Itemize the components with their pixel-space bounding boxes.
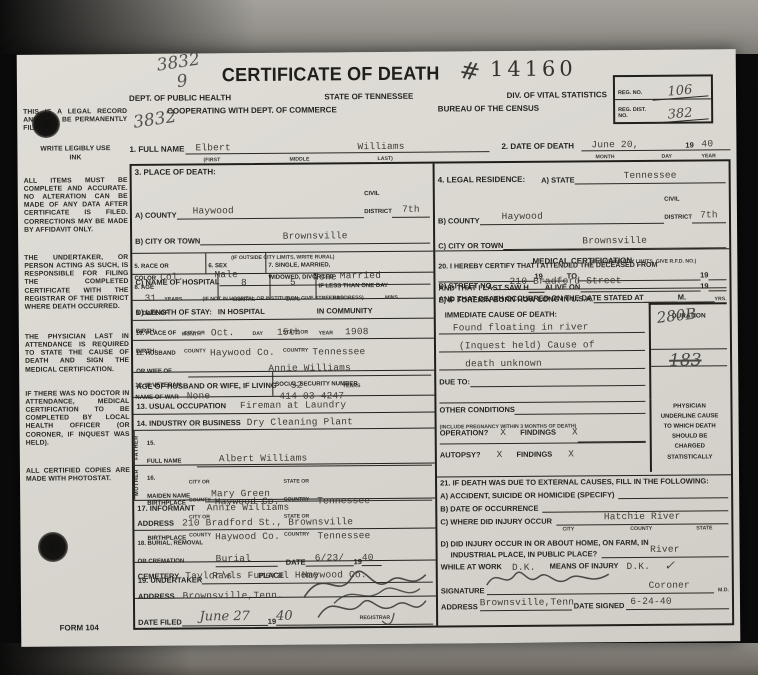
residence-state-value: Tennessee xyxy=(575,170,726,181)
signature-label: SIGNATURE xyxy=(441,587,485,596)
photo-background-top xyxy=(0,0,758,54)
registrar-label: REGISTRAR xyxy=(360,615,391,621)
age-days-value: 5 xyxy=(272,278,313,288)
father-number: 15. xyxy=(147,441,155,447)
residence-city-label: C) CITY OR TOWN xyxy=(438,242,503,251)
ssn-cell: SOCIAL SECURITY NUMBER 414-03-4247 xyxy=(273,371,434,396)
reg-no-row: REG. NO. 106 xyxy=(615,76,711,100)
autopsy-label: AUTOPSY? xyxy=(440,451,481,460)
place-of-birth-row: 10. PLACE OFBIRTH: CITY ORCOUNTY Haywood… xyxy=(133,319,434,341)
certificate-number: # 14160 xyxy=(460,58,577,83)
coroner-address-value: Brownsville,Tenn. xyxy=(480,597,580,609)
last-name-value: Williams xyxy=(357,141,404,151)
full-name-label: 1. FULL NAME xyxy=(129,146,184,155)
city-or-town-label: B) CITY OR TOWN xyxy=(135,237,200,246)
undertaker-section: 19. UNDERTAKER Rawls Funeral Home ADDRES… xyxy=(135,561,436,599)
sidebar-paragraph: ALL CERTIFIED COPIES ARE MADE WITH PHOTO… xyxy=(26,467,130,484)
civil-district-value: 7th xyxy=(402,203,420,214)
handwritten-number: 9 xyxy=(176,73,189,91)
mother-number: 16. xyxy=(147,476,155,482)
coroner-address-label: ADDRESS xyxy=(441,603,478,612)
operation-label: OPERATION? xyxy=(440,429,489,438)
date-signed-value: 6-24-40 xyxy=(630,596,671,607)
date-of-occurrence-label: B) DATE OF OCCURRENCE xyxy=(440,505,538,514)
pob-label: 10. PLACE OF xyxy=(136,331,176,337)
death-year-value: 40 xyxy=(701,139,713,149)
veteran-ssn-row: 12. IF VETERAN NAME OF WAR None SOCIAL S… xyxy=(133,371,434,398)
dept-label: DEPT. OF PUBLIC HEALTH xyxy=(129,94,231,103)
sidebar-paragraph: IF THERE WAS NO DOCTOR IN ATTENDANCE, ME… xyxy=(25,390,129,448)
sex-cell: 6. SEX Male xyxy=(206,253,266,273)
header-line-1: DEPT. OF PUBLIC HEALTH STATE OF TENNESSE… xyxy=(129,91,607,103)
less-than-day-label: IF LESS THAN ONE DAY xyxy=(318,283,388,290)
date-filed-label: DATE FILED xyxy=(138,618,182,627)
where-injury-label: C) WHERE DID INJURY OCCUR xyxy=(440,518,552,527)
burial-label: 18. BURIAL, REMOVAL xyxy=(138,540,204,547)
civil-district-label2: DISTRICT xyxy=(364,209,392,215)
age-days-cell: 5 DAYS xyxy=(270,273,316,298)
physician-note: PHYSICIAN UNDERLINE CAUSE TO WHICH DEATH… xyxy=(649,399,728,472)
due-to-label: DUE TO: xyxy=(439,379,470,387)
section-medical-certification: 20. I HEREBY CERTIFY THAT I ATTENDED THE… xyxy=(435,260,731,477)
undertaker-label: 19. UNDERTAKER xyxy=(138,576,203,585)
form-number: FORM 104 xyxy=(27,624,131,633)
sidebar-paragraph: WRITE LEGIBLY USE INK xyxy=(39,146,112,163)
undertaker-value: Rawls Funeral Home xyxy=(212,569,318,581)
veteran-cell: 12. IF VETERAN NAME OF WAR None xyxy=(133,372,273,397)
while-at-work-label: WHILE AT WORK xyxy=(441,563,502,572)
where-injury-value: Hatchie River xyxy=(556,512,728,523)
dob-label: 9. DATE OF xyxy=(136,311,169,317)
marital-value: Married xyxy=(340,271,381,281)
certify-year1: 19 xyxy=(534,273,542,281)
death-certificate: THIS IS A LEGAL RECORD AND WILL BE PERMA… xyxy=(17,49,741,647)
m-label: M. xyxy=(678,294,686,302)
cause-line-3: death unknown xyxy=(465,359,542,369)
reg-no-value: 106 xyxy=(652,82,709,100)
cause-of-death-area: IMMEDIATE CAUSE OF DEATH: Found floating… xyxy=(439,302,728,401)
certify-to: TO xyxy=(567,273,577,281)
place-of-death-title: 3. PLACE OF DEATH: xyxy=(135,167,430,178)
while-at-work-value: D.K. xyxy=(512,562,536,572)
autopsy-findings-label: FINDINGS xyxy=(516,450,552,459)
coroner-title-value: Coroner xyxy=(649,580,690,591)
residence-city-value: Brownsville xyxy=(503,235,726,246)
age-months-cell: 8 MONTHS xyxy=(218,274,270,299)
father-name-label: FULL NAME xyxy=(147,459,182,465)
marital-label: 7. SINGLE, MARRIED, xyxy=(268,262,330,268)
legal-residence-title: 4. LEGAL RESIDENCE: xyxy=(438,176,525,185)
reg-no-label: REG. NO. xyxy=(618,91,652,99)
sidebar-paragraph: THE PHYSICIAN LAST IN ATTENDANCE IS REQU… xyxy=(25,333,129,375)
certificate-title: CERTIFICATE OF DEATH xyxy=(222,65,440,86)
burial-section: 18. BURIAL, REMOVALOR CREMATION Burial D… xyxy=(134,529,435,563)
father-side-label: FATHER xyxy=(134,431,144,465)
residence-county-label: B) COUNTY xyxy=(438,217,480,226)
reg-dist-value: 382 xyxy=(652,105,709,123)
mother-name-value: Mary Green xyxy=(211,488,270,499)
hole-punch xyxy=(38,532,68,562)
findings-label: FINDINGS xyxy=(520,428,556,437)
photostat-scan: { "stamps": { "n1": "3832", "n2": "9", "… xyxy=(0,0,758,675)
header-line-2: COOPERATING WITH DEPT. OF COMMERCE BUREA… xyxy=(167,105,539,116)
injury-location-value: River xyxy=(650,544,680,555)
alive-on-label: ALIVE ON xyxy=(545,284,580,293)
age-row: 8. AGE 31 YEARS 8 MONTHS 5 DAYS IF LESS … xyxy=(132,273,433,301)
informant-value: Annie Williams xyxy=(207,503,290,513)
hole-punch xyxy=(32,110,60,138)
reg-dist-label: REG. DIST. NO. xyxy=(618,108,652,122)
registration-box: REG. NO. 106 REG. DIST. NO. 382 xyxy=(613,74,713,124)
city-or-town-value: Brownsville xyxy=(200,230,430,241)
cause-line-2: (Inquest held) Cause of xyxy=(459,340,595,351)
date-of-death-value: June 20, xyxy=(591,139,638,149)
reg-dist-row: REG. DIST. NO. 382 xyxy=(615,99,711,122)
residence-civil-value: 7th xyxy=(700,209,718,220)
county-label: A) COUNTY xyxy=(135,211,177,220)
injury-location-label-2: INDUSTRIAL PLACE, IN PUBLIC PLACE? xyxy=(451,550,598,559)
informant-address-label: ADDRESS xyxy=(137,519,174,528)
father-section: FATHER 15.FULL NAME Albert Williams BIRT… xyxy=(134,429,435,466)
form-right-column: 4. LEGAL RESIDENCE: A) STATE Tennessee B… xyxy=(435,161,733,625)
mother-section: MOTHER 16.MAIDEN NAME Mary Green BIRTHPL… xyxy=(134,464,435,501)
race-sex-marital-row: 5. RACE OR COLOR Col. 6. SEX Male 7. SIN… xyxy=(132,252,433,275)
father-name-value: Albert Williams xyxy=(219,453,308,465)
sidebar-paragraph: ALL ITEMS MUST BE COMPLETE AND ACCURATE.… xyxy=(24,177,128,235)
full-name-line xyxy=(185,150,489,154)
date-filed-value: June 27 xyxy=(199,609,249,624)
photo-background-bottom xyxy=(0,643,758,675)
last-saw-label: AND THAT I LAST SAW H xyxy=(439,284,529,293)
duration-crossed-number: 183 xyxy=(669,352,702,369)
findings-x: X xyxy=(572,427,578,437)
duration-handwritten-code: 280B xyxy=(656,306,697,325)
spouse-label: 11. HUSBAND xyxy=(136,351,176,357)
mother-name-label: MAIDEN NAME xyxy=(147,493,190,499)
cooperating-label: COOPERATING WITH DEPT. OF COMMERCE xyxy=(167,106,337,115)
year-printed: 19 xyxy=(685,141,693,149)
handwritten-checkmark: ✓ xyxy=(664,560,675,573)
occupation-value: Fireman at Laundry xyxy=(240,400,346,410)
industry-value: Dry Cleaning Plant xyxy=(247,417,353,427)
other-conditions-label: OTHER CONDITIONS xyxy=(439,406,514,415)
informant-address-value: 210 Bradford St., Brownsville xyxy=(182,517,353,528)
county-value: Haywood xyxy=(193,205,234,216)
age-years-cell: 8. AGE 31 YEARS xyxy=(132,274,218,300)
date-signed-label: DATE SIGNED xyxy=(574,602,625,611)
veteran-label: 12. IF VETERAN xyxy=(135,383,181,389)
residence-civil-label: CIVIL xyxy=(664,197,679,203)
autopsy-findings-x: X xyxy=(568,449,574,459)
certify-year2: 19 xyxy=(700,272,708,280)
ssn-label: SOCIAL SECURITY NUMBER xyxy=(275,381,357,388)
residence-state-label: A) STATE xyxy=(541,176,575,185)
means-of-injury-value: D.K. xyxy=(626,561,650,571)
section-legal-residence: 4. LEGAL RESIDENCE: A) STATE Tennessee B… xyxy=(435,161,730,251)
accident-suicide-label: A) ACCIDENT, SUICIDE OR HOMICIDE (SPECIF… xyxy=(440,491,614,501)
age-label: 8. AGE xyxy=(134,285,153,291)
informant-section: 17. INFORMANT Annie Williams ADDRESS 210… xyxy=(134,499,435,531)
section-external-causes: 21. IF DEATH WAS DUE TO EXTERNAL CAUSES,… xyxy=(437,475,732,625)
sidebar-paragraph: THE UNDERTAKER, OR PERSON ACTING AS SUCH… xyxy=(24,254,128,312)
certificate-number-value: 14160 xyxy=(490,58,577,80)
duration-box: DURATION 280B 183 xyxy=(649,302,728,400)
immediate-cause-label: IMMEDIATE CAUSE OF DEATH: xyxy=(445,309,557,319)
industry-label: 14. INDUSTRY OR BUSINESS xyxy=(137,419,241,428)
spouse-row: 11. HUSBANDOR WIFE OF Annie Williams AGE… xyxy=(133,339,434,373)
first-name-value: Elbert xyxy=(195,143,230,153)
other-conditions-area: OTHER CONDITIONS (INCLUDE PREGNANCY WITH… xyxy=(439,399,728,473)
residence-civil-label2: DISTRICT xyxy=(664,215,692,221)
date-filed-row: DATE FILED June 27 19 40 REGISTRAR xyxy=(135,597,436,628)
form-left-column: 3. PLACE OF DEATH: A) COUNTY Haywood CIV… xyxy=(132,164,439,628)
pob-city-label: CITY OR xyxy=(184,330,205,336)
bureau-label: BUREAU OF THE CENSUS xyxy=(438,105,539,114)
date-of-death-label: 2. DATE OF DEATH xyxy=(501,143,574,152)
date-filed-year-printed: 19 xyxy=(268,618,276,626)
marital-cell: 7. SINGLE, MARRIED, WIDOWED, DIVORCED Ma… xyxy=(266,252,433,273)
state-label: STATE OF TENNESSEE xyxy=(324,93,413,102)
form-grid: 3. PLACE OF DEATH: A) COUNTY Haywood CIV… xyxy=(130,159,735,630)
date-filed-year-value: 40 xyxy=(276,609,293,624)
age-months-value: 8 xyxy=(220,278,267,288)
race-label: 5. RACE OR xyxy=(134,264,168,270)
operation-x: X xyxy=(500,428,506,438)
section-place-of-death: 3. PLACE OF DEATH: A) COUNTY Haywood CIV… xyxy=(132,164,434,254)
pob-state-label: STATE OR xyxy=(283,330,309,336)
informant-label: 17. INFORMANT xyxy=(137,505,195,514)
means-of-injury-label: MEANS OF INJURY xyxy=(550,562,619,571)
division-label: DIV. OF VITAL STATISTICS xyxy=(507,91,608,100)
state-sublabel: STATE xyxy=(696,527,712,532)
md-label: M.D. xyxy=(718,588,729,593)
mother-side-label: MOTHER xyxy=(134,466,144,500)
residence-county-value: Haywood xyxy=(502,211,543,222)
date-of-birth-row: 9. DATE OFBIRTH: MONTH Oct. DAY 15th YEA… xyxy=(133,299,434,321)
race-cell: 5. RACE OR COLOR Col. xyxy=(132,253,206,274)
occupation-label: 13. USUAL OCCUPATION xyxy=(136,402,226,411)
autopsy-x: X xyxy=(497,450,503,460)
civil-district-label: CIVIL xyxy=(364,191,379,197)
cause-line-1: Found floating in river xyxy=(453,323,589,334)
saw-year: 19 xyxy=(700,283,708,291)
handwritten-hash-mark: # xyxy=(458,58,483,86)
